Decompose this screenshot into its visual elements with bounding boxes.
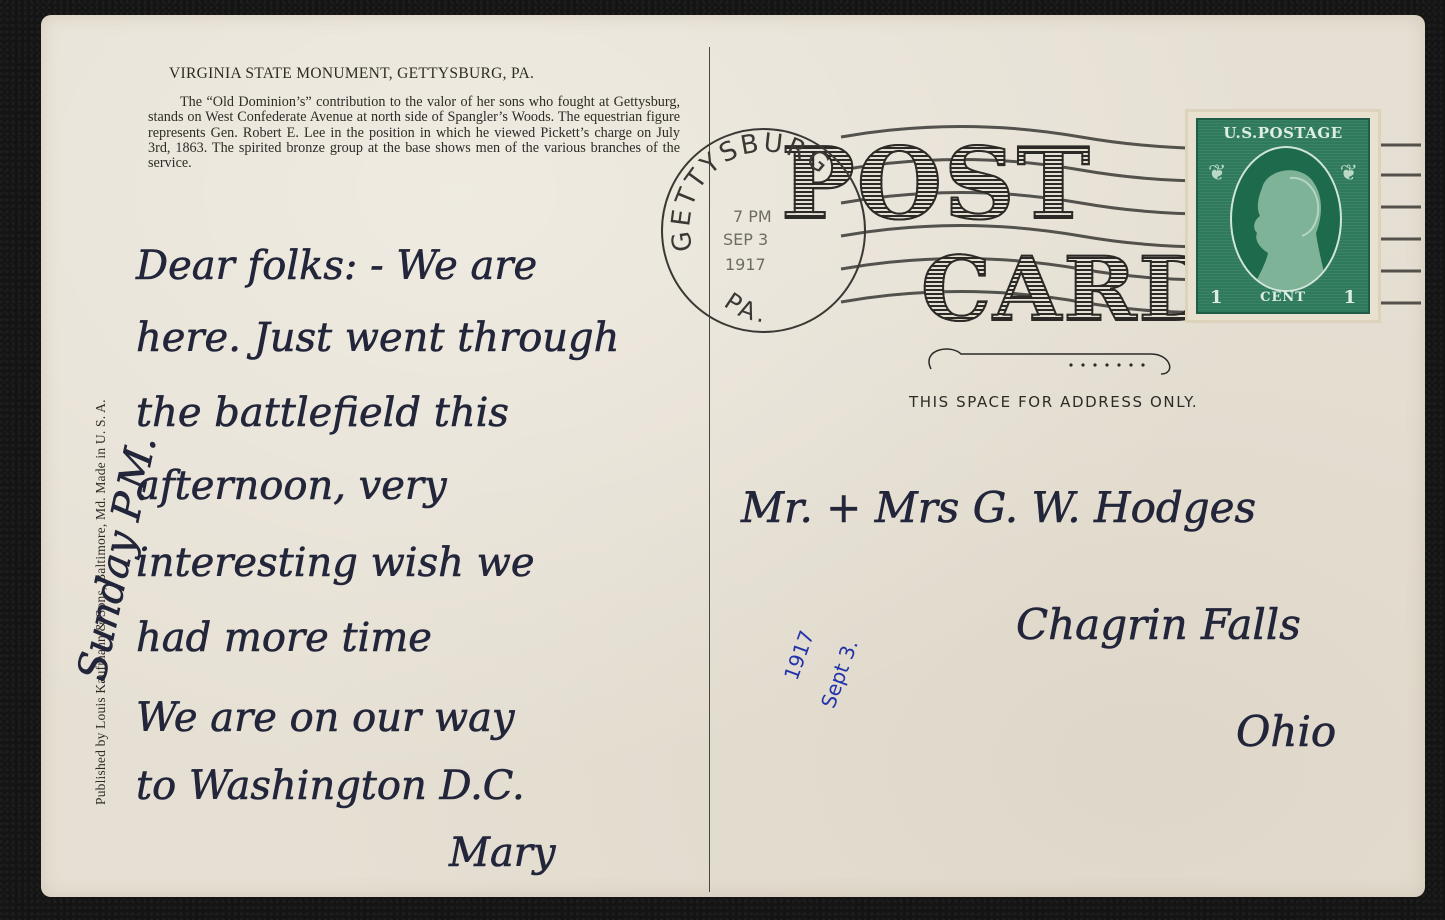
- caption-body: The “Old Dominion’s” contribution to the…: [148, 95, 680, 171]
- pencil-year: 1917: [779, 627, 819, 683]
- stamp-denomination-word: CENT: [1260, 290, 1306, 305]
- flourish-icon: [921, 339, 1181, 379]
- stamp-face: U.S.POSTAGE ❦ ❦ 1 CENT 1: [1196, 118, 1370, 314]
- postage-stamp: U.S.POSTAGE ❦ ❦ 1 CENT 1: [1188, 112, 1378, 320]
- message-line: here. Just went through: [136, 315, 619, 361]
- recipient-state: Ohio: [1236, 707, 1336, 756]
- postmark-date: SEP 3: [723, 230, 768, 249]
- message-line: We are on our way: [136, 695, 515, 741]
- svg-text:PA.: PA.: [719, 287, 770, 329]
- pencil-date: Sept 3.: [816, 636, 863, 711]
- recipient-name: Mr. + Mrs G. W. Hodges: [741, 483, 1256, 532]
- laurel-right-icon: ❦: [1340, 160, 1358, 186]
- stamp-denomination-right: 1: [1343, 287, 1356, 308]
- message-line: had more time: [136, 615, 432, 661]
- postmark-year: 1917: [725, 255, 766, 274]
- message-line: Dear folks: - We are: [136, 243, 537, 289]
- message-line: to Washington D.C.: [136, 763, 525, 809]
- postcard: VIRGINIA STATE MONUMENT, GETTYSBURG, PA.…: [41, 15, 1425, 897]
- washington-portrait-icon: [1230, 146, 1342, 292]
- message-line: interesting wish we: [136, 540, 535, 586]
- message-line: afternoon, very: [136, 463, 447, 509]
- recipient-city: Chagrin Falls: [1016, 600, 1301, 649]
- postmark-ring-icon: GETTYSBURG PA. 7 PM SEP 3 1917: [663, 130, 868, 335]
- stamp-denomination: 1 CENT 1: [1198, 287, 1368, 308]
- caption-text: The “Old Dominion’s” contribution to the…: [148, 95, 680, 171]
- postmark: GETTYSBURG PA. 7 PM SEP 3 1917: [661, 128, 866, 333]
- stamp-top-text: U.S.POSTAGE: [1198, 124, 1368, 142]
- postmark-state: PA.: [719, 287, 770, 329]
- laurel-left-icon: ❦: [1208, 160, 1226, 186]
- address-instruction: THIS SPACE FOR ADDRESS ONLY.: [909, 393, 1198, 411]
- message-line: the battlefield this: [136, 390, 509, 436]
- header-card: CARD: [921, 237, 1217, 341]
- signature: Mary: [449, 830, 556, 876]
- stamp-denomination-left: 1: [1210, 287, 1223, 308]
- caption-title: VIRGINIA STATE MONUMENT, GETTYSBURG, PA.: [169, 65, 709, 83]
- postmark-time: 7 PM: [733, 207, 772, 226]
